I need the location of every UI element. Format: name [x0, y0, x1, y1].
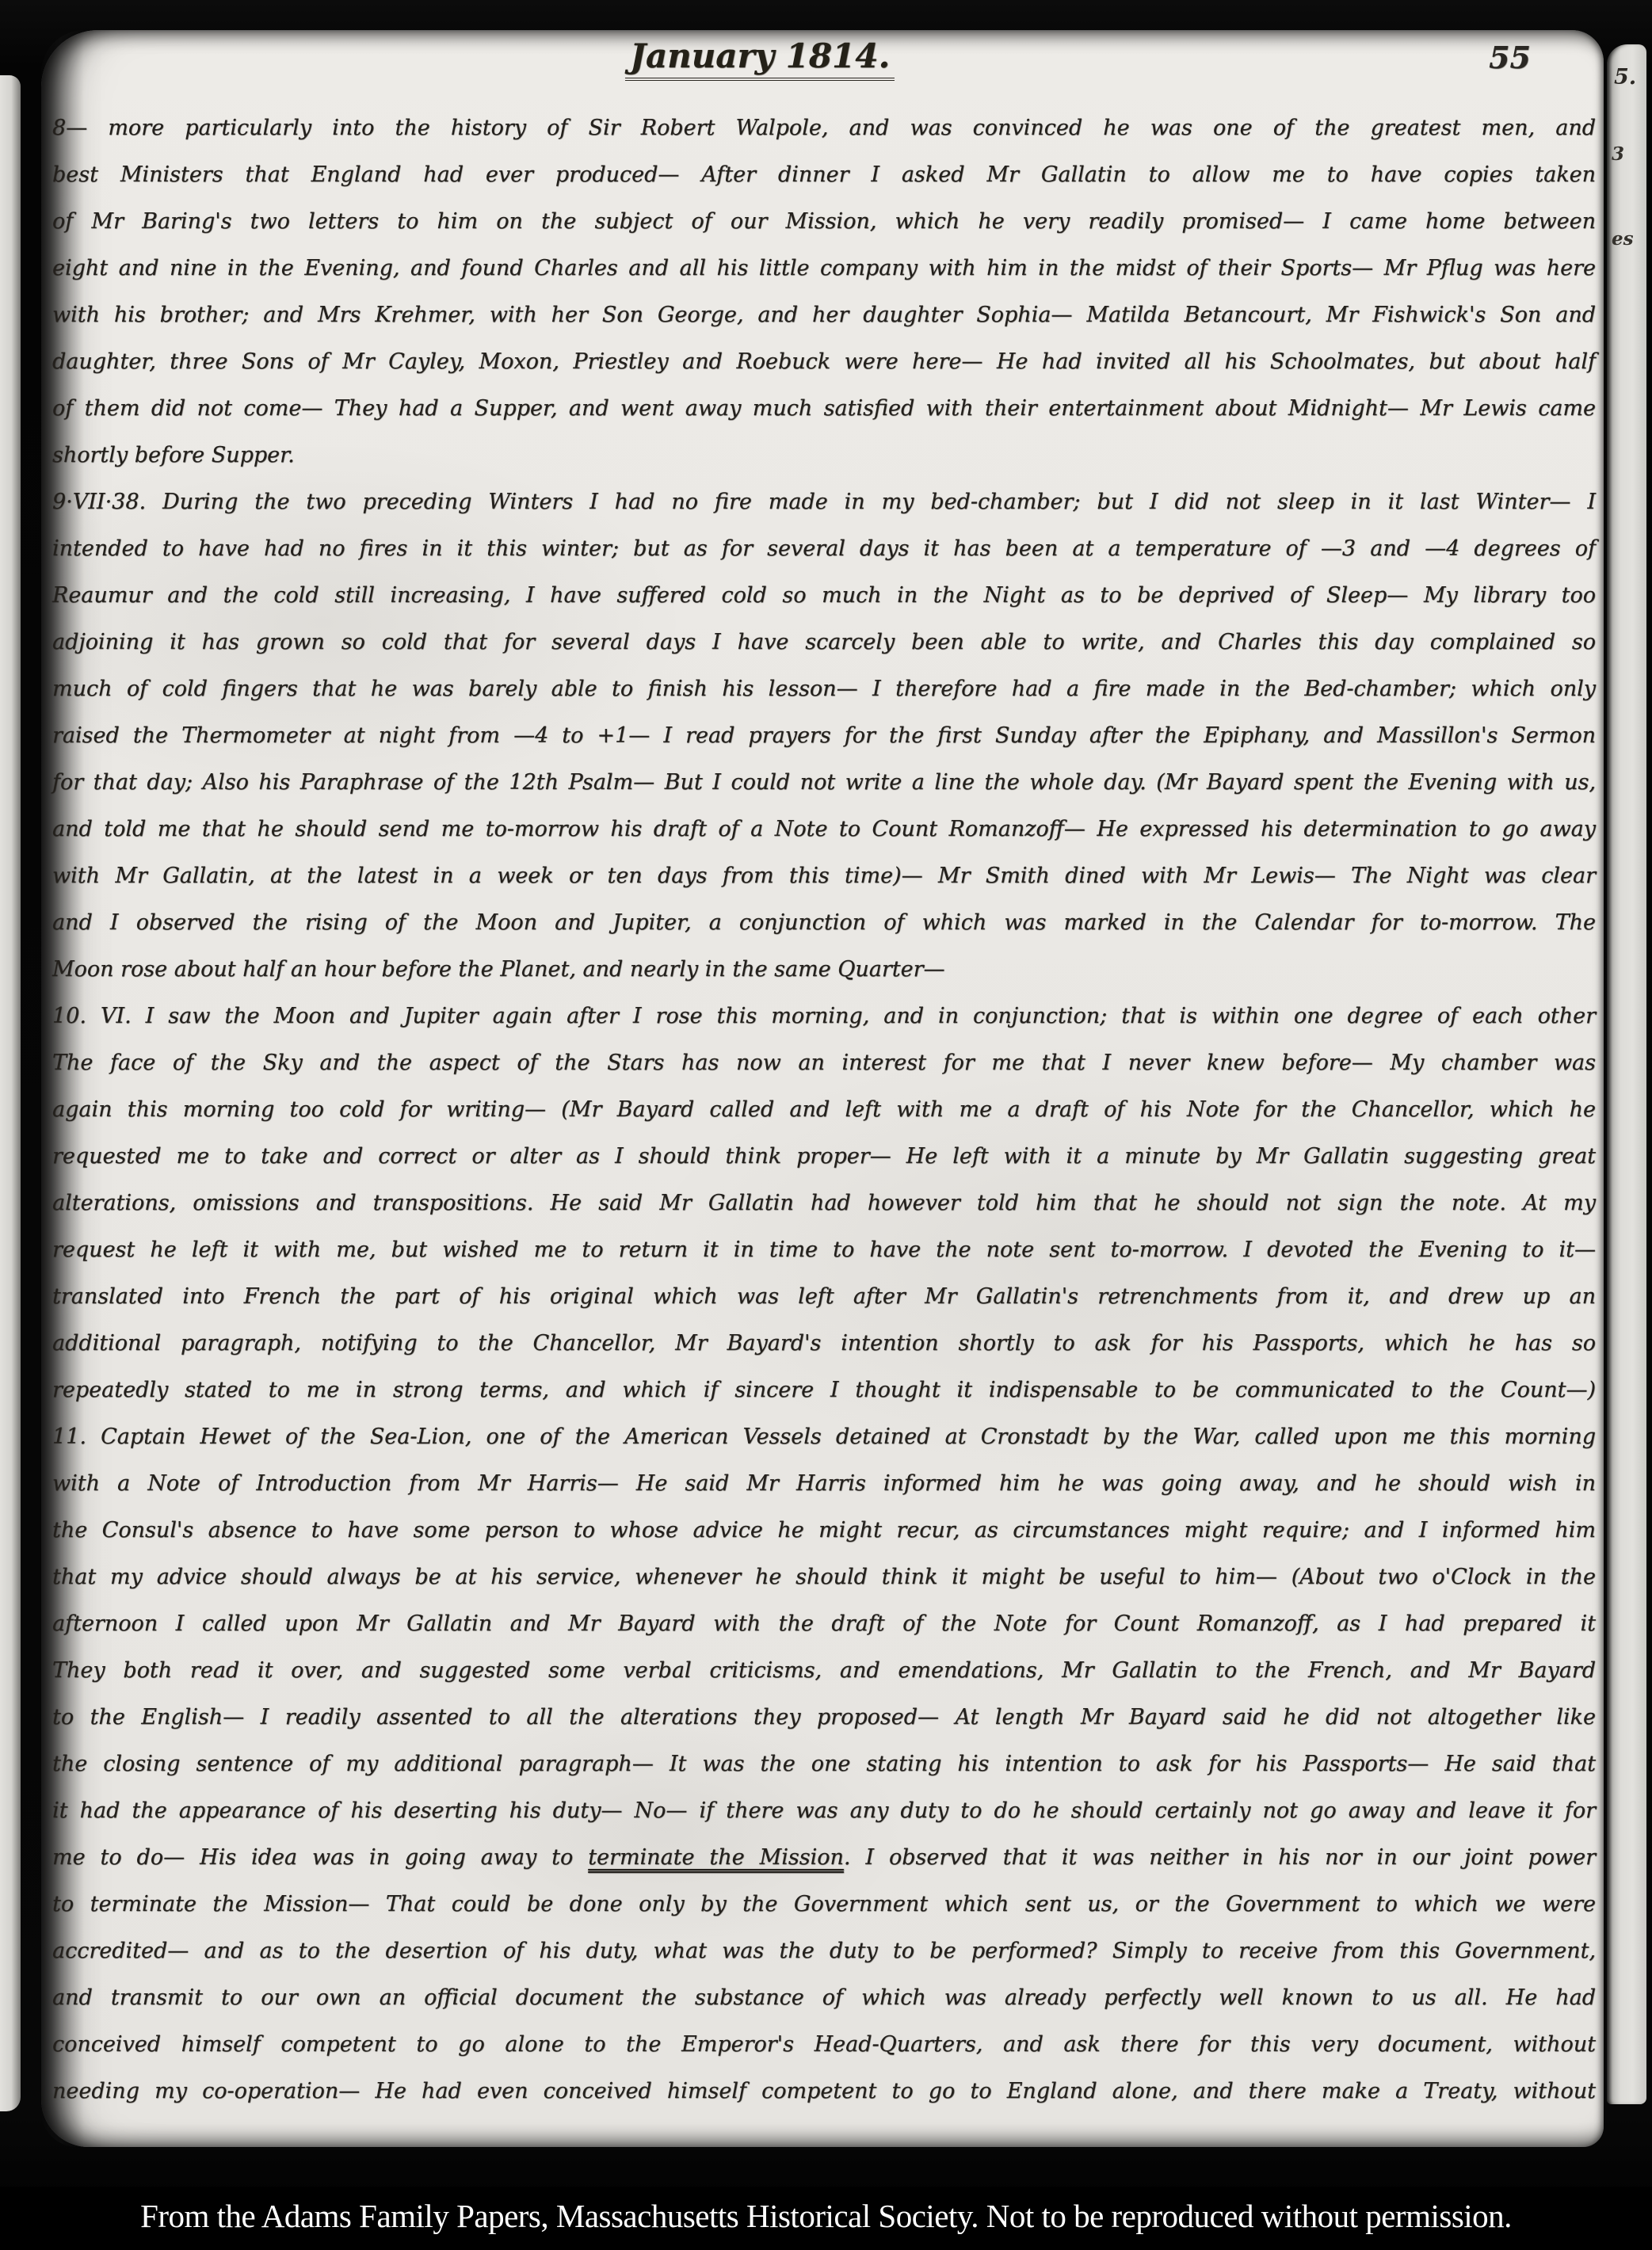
manuscript-line: request he left it with me, but wished m…	[52, 1237, 1596, 1284]
manuscript-line: it had the appearance of his deserting h…	[52, 1798, 1596, 1845]
manuscript-line: Reaumur and the cold still increasing, I…	[52, 583, 1596, 630]
manuscript-line: Moon rose about half an hour before the …	[52, 957, 1596, 1004]
manuscript-line: accredited— and as to the desertion of h…	[52, 1939, 1596, 1985]
manuscript-line: translated into French the part of his o…	[52, 1284, 1596, 1331]
manuscript-line: for that day; Also his Paraphrase of the…	[52, 770, 1596, 817]
manuscript-line: 8— more particularly into the history of…	[52, 116, 1596, 162]
credit-bar: From the Adams Family Papers, Massachuse…	[0, 2187, 1652, 2250]
manuscript-line: They both read it over, and suggested so…	[52, 1658, 1596, 1705]
manuscript-line: with Mr Gallatin, at the latest in a wee…	[52, 864, 1596, 910]
underlined-phrase: terminate the Mission	[588, 1845, 844, 1870]
manuscript-line: daughter, three Sons of Mr Cayley, Moxon…	[52, 349, 1596, 396]
manuscript-line: conceived himself competent to go alone …	[52, 2032, 1596, 2079]
manuscript-line: that my advice should always be at his s…	[52, 1565, 1596, 1611]
manuscript-line: needing my co-operation— He had even con…	[52, 2079, 1596, 2126]
adjacent-page-number: 5.	[1614, 65, 1636, 90]
manuscript-line: to terminate the Mission— That could be …	[52, 1892, 1596, 1939]
manuscript-line: and I observed the rising of the Moon an…	[52, 910, 1596, 957]
manuscript-line: best Ministers that England had ever pro…	[52, 162, 1596, 209]
manuscript-line: additional paragraph, notifying to the C…	[52, 1331, 1596, 1378]
manuscript-line: me to do— His idea was in going away to …	[52, 1845, 1596, 1892]
credit-text: From the Adams Family Papers, Massachuse…	[140, 2187, 1512, 2245]
manuscript-line: 9·VII·38. During the two preceding Winte…	[52, 490, 1596, 536]
adjacent-page-fragment: es	[1612, 228, 1634, 250]
manuscript-line: the Consul's absence to have some person…	[52, 1518, 1596, 1565]
manuscript-line: shortly before Supper.	[52, 443, 1596, 490]
scanned-page-photo: 55 January 1814. 8— more particularly in…	[0, 0, 1652, 2250]
manuscript-line: The face of the Sky and the aspect of th…	[52, 1051, 1596, 1097]
page-number: 55	[1489, 40, 1531, 75]
manuscript-line: intended to have had no fires in it this…	[52, 536, 1596, 583]
manuscript-line: and transmit to our own an official docu…	[52, 1985, 1596, 2032]
manuscript-line: requested me to take and correct or alte…	[52, 1144, 1596, 1191]
manuscript-line: much of cold fingers that he was barely …	[52, 677, 1596, 723]
adjacent-page-fragment: 3	[1612, 143, 1624, 165]
manuscript-line: adjoining it has grown so cold that for …	[52, 630, 1596, 677]
manuscript-line: 11. Captain Hewet of the Sea-Lion, one o…	[52, 1424, 1596, 1471]
manuscript-line: and told me that he should send me to-mo…	[52, 817, 1596, 864]
facing-page-edge	[0, 75, 21, 2111]
manuscript-line: of Mr Baring's two letters to him on the…	[52, 209, 1596, 256]
manuscript-line: with a Note of Introduction from Mr Harr…	[52, 1471, 1596, 1518]
manuscript-line: again this morning too cold for writing—…	[52, 1097, 1596, 1144]
manuscript-line: of them did not come— They had a Supper,…	[52, 396, 1596, 443]
manuscript-line: 10. VI. I saw the Moon and Jupiter again…	[52, 1004, 1596, 1051]
adjacent-page-edge: 5. 3 es	[1607, 44, 1646, 2104]
manuscript-line: to the English— I readily assented to al…	[52, 1705, 1596, 1752]
manuscript-line: with his brother; and Mrs Krehmer, with …	[52, 303, 1596, 349]
manuscript-line: raised the Thermometer at night from —4 …	[52, 723, 1596, 770]
manuscript-body: 8— more particularly into the history of…	[52, 116, 1596, 2126]
manuscript-line: afternoon I called upon Mr Gallatin and …	[52, 1611, 1596, 1658]
manuscript-page: 55 January 1814. 8— more particularly in…	[41, 30, 1604, 2147]
manuscript-line: eight and nine in the Evening, and found…	[52, 256, 1596, 303]
page-title: January 1814.	[625, 36, 895, 81]
manuscript-line: the closing sentence of my additional pa…	[52, 1752, 1596, 1798]
manuscript-line: repeatedly stated to me in strong terms,…	[52, 1378, 1596, 1424]
manuscript-line: alterations, omissions and transposition…	[52, 1191, 1596, 1237]
